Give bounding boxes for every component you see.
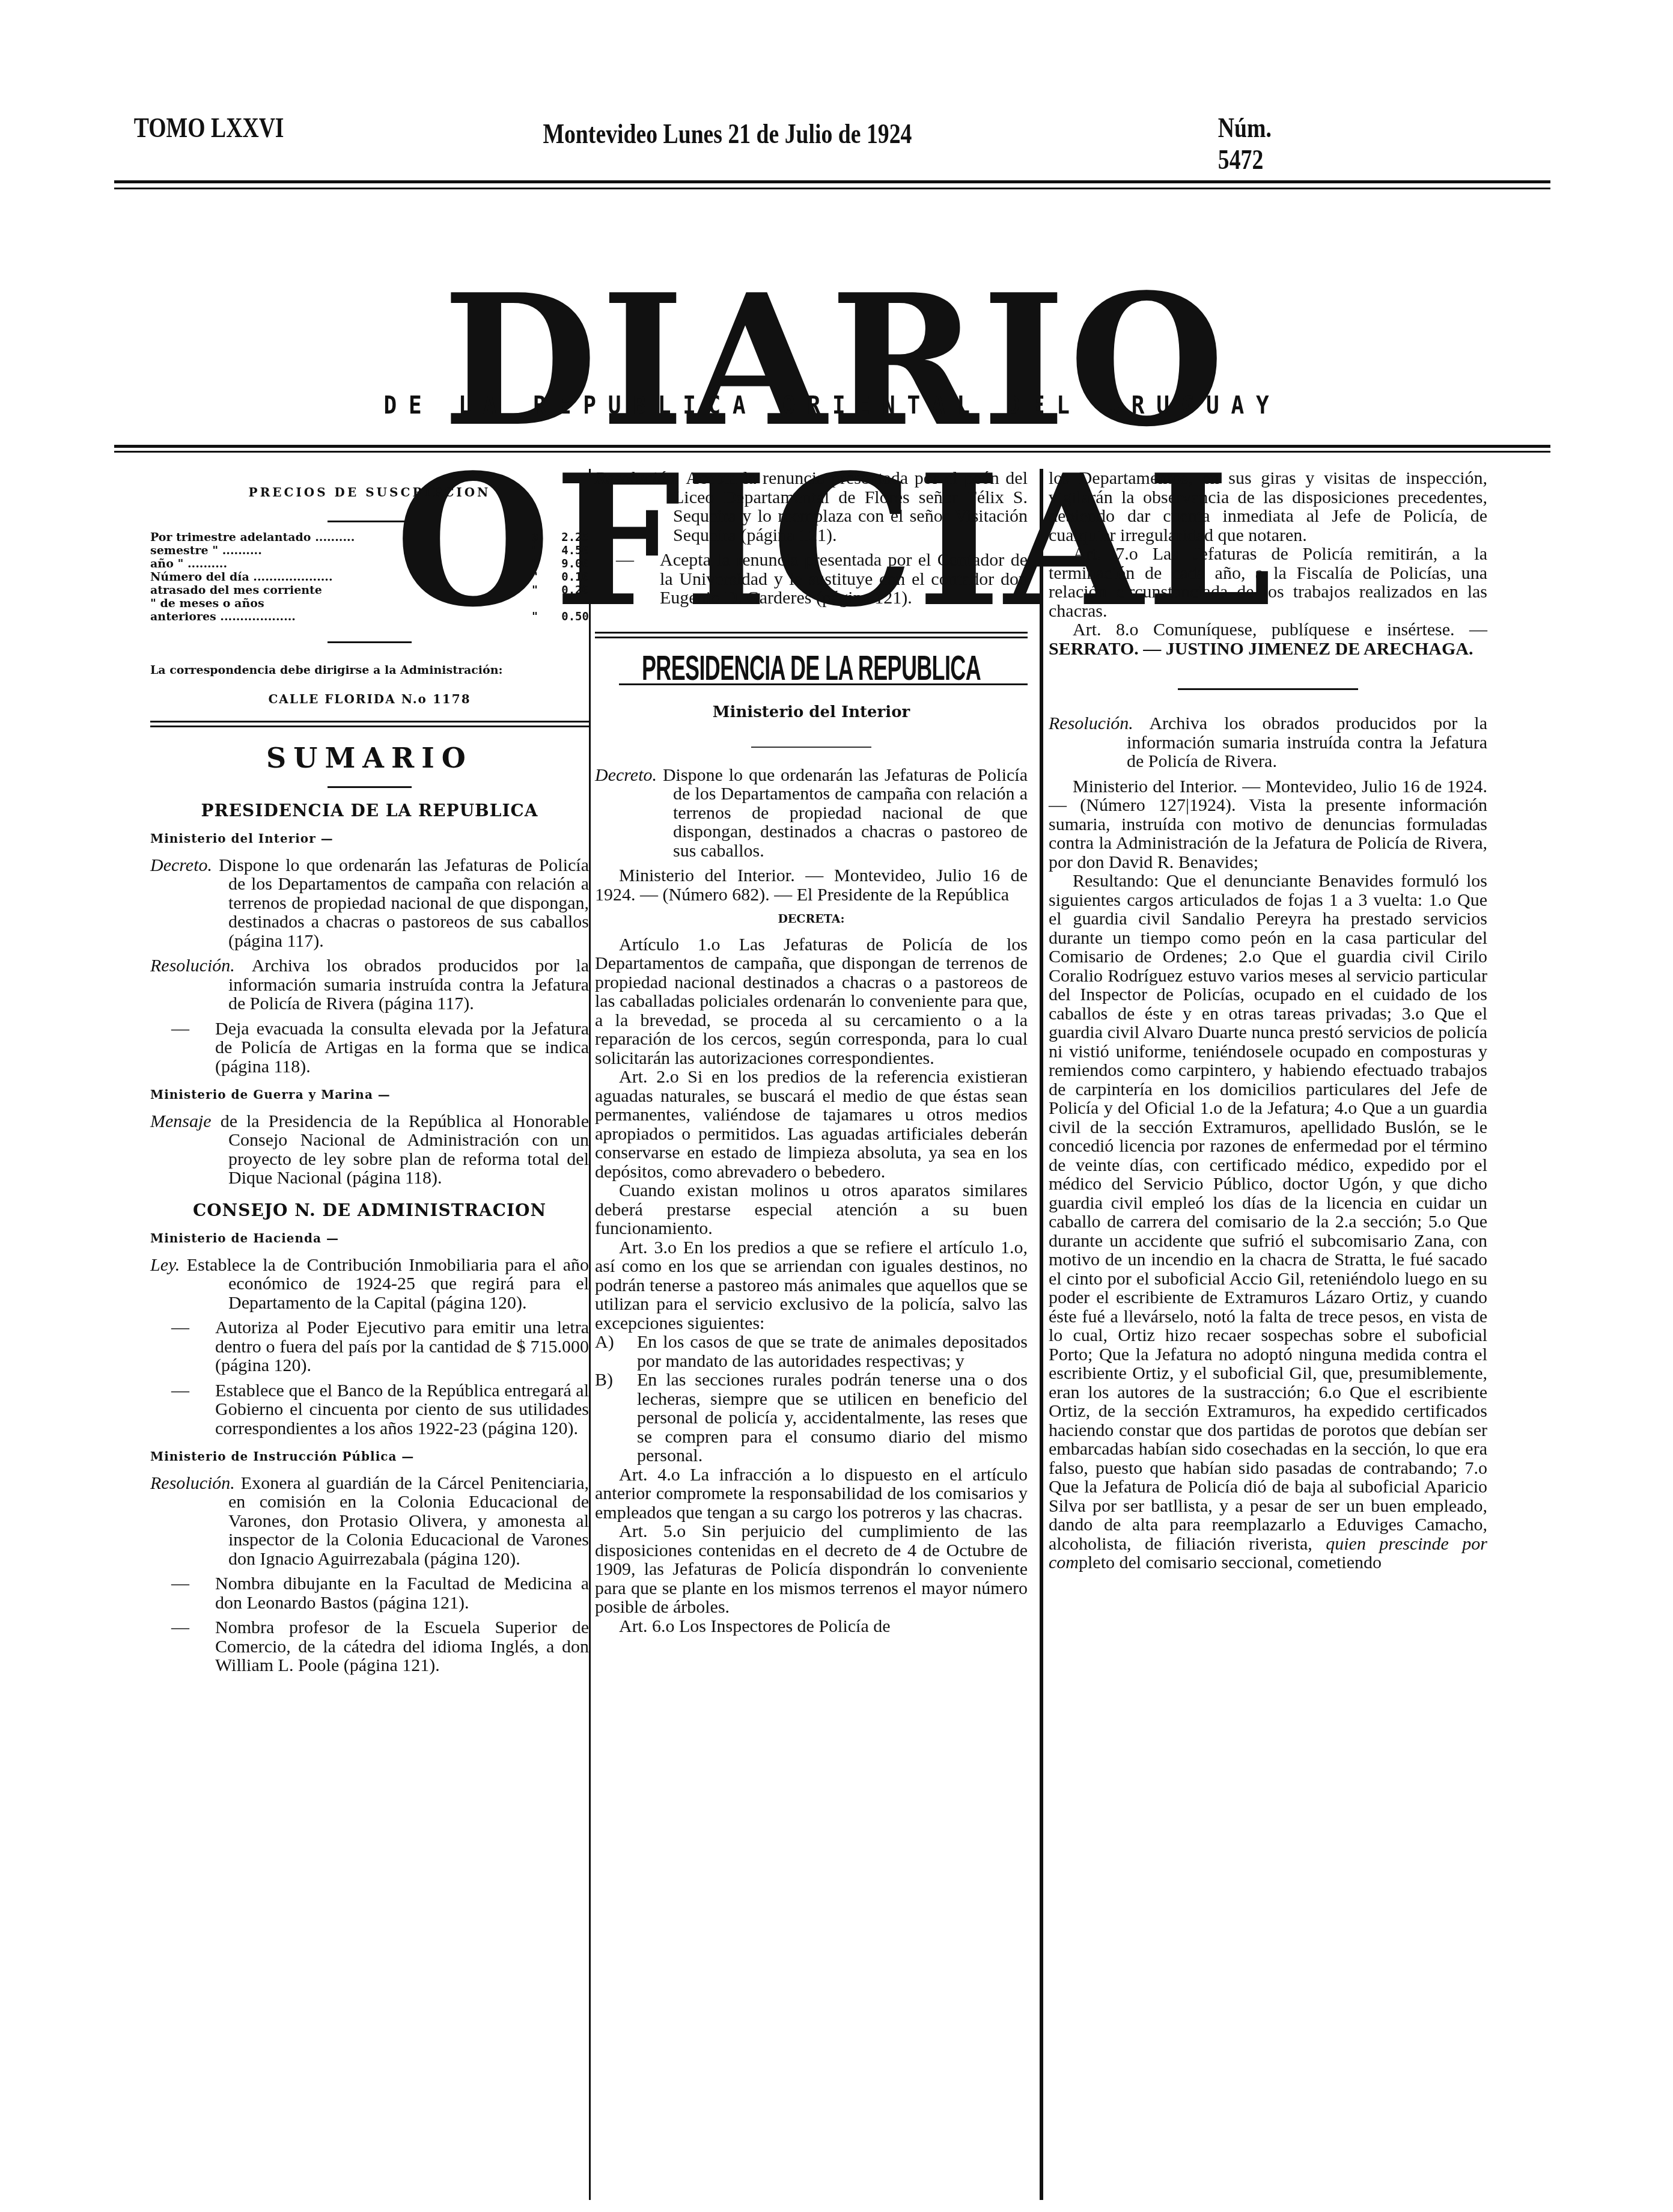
summary-section-title: CONSEJO N. DE ADMINISTRACION bbox=[150, 1201, 589, 1220]
decreta-heading: DECRETA: bbox=[595, 910, 1028, 929]
entry-type: Ley. bbox=[150, 1255, 187, 1275]
volume-label: TOMO LXXVI bbox=[134, 112, 284, 144]
price-label: Número del día .................... bbox=[150, 570, 523, 584]
exception-item: B)En las secciones rurales podrán teners… bbox=[595, 1370, 1028, 1465]
entry-text: Archiva los obrados producidos por la in… bbox=[228, 956, 589, 1013]
summary-entry: Resolución. Exonera al guardián de la Cá… bbox=[150, 1474, 589, 1569]
entry-text: Deja evacuada la consulta elevada por la… bbox=[215, 1019, 589, 1077]
right-column: los Departamentos, en sus giras y visita… bbox=[1049, 469, 1487, 1572]
resolution-dateline: Ministerio del Interior. — Montevideo, J… bbox=[1049, 777, 1487, 872]
entry-type: Decreto. bbox=[150, 855, 219, 875]
dash-marker: — bbox=[595, 551, 660, 608]
decree-article: Artículo 1.o Las Jefaturas de Policía de… bbox=[595, 935, 1028, 1068]
price-currency bbox=[523, 597, 547, 610]
decree-article: Cuando existan molinos u otros aparatos … bbox=[595, 1181, 1028, 1238]
decree-articles: Artículo 1.o Las Jefaturas de Policía de… bbox=[595, 935, 1028, 1636]
entry-text: Autoriza al Poder Ejecutivo para emitir … bbox=[215, 1318, 589, 1375]
subscription-price-table: Por trimestre adelantado ..........$2.25… bbox=[150, 531, 589, 623]
decree-article: Art. 6.o Los Inspectores de Policía de bbox=[595, 1617, 1028, 1636]
divider bbox=[328, 786, 412, 788]
resolution-summary: Resolución. Archiva los obrados producid… bbox=[1049, 714, 1487, 771]
entry-text: Establece la de Contribución Inmobiliari… bbox=[187, 1255, 589, 1313]
column-divider bbox=[589, 469, 591, 2200]
entry-text: Establece que el Banco de la República e… bbox=[215, 1381, 589, 1438]
price-value: 2.25 bbox=[547, 531, 589, 544]
divider bbox=[595, 637, 1028, 638]
price-row: " de meses o años bbox=[150, 597, 589, 610]
decree-summary-text: Dispone lo que ordenarán las Jefaturas d… bbox=[663, 765, 1028, 861]
price-currency: $ bbox=[523, 531, 547, 544]
decree-article: Art. 5.o Sin perjuicio del cumplimiento … bbox=[595, 1522, 1028, 1617]
price-currency: " bbox=[523, 557, 547, 570]
summary-entry: —Autoriza al Poder Ejecutivo para emitir… bbox=[150, 1318, 589, 1375]
price-value: 0.20 bbox=[547, 584, 589, 597]
summary-entry: —Acepta la renuncia presentada por el Co… bbox=[595, 551, 1028, 608]
divider bbox=[150, 726, 589, 727]
entry-type: Resolución. bbox=[595, 468, 686, 488]
divider bbox=[150, 721, 589, 723]
decree-article: Art. 3.o En los predios a que se refiere… bbox=[595, 1238, 1028, 1333]
correspondence-note: La correspondencia debe dirigirse a la A… bbox=[150, 664, 589, 677]
signatures: SERRATO. — JUSTINO JIMENEZ DE ARECHAGA. bbox=[1049, 639, 1473, 659]
section-title-presidencia: PRESIDENCIA DE LA REPUBLICA bbox=[603, 659, 1020, 678]
divider bbox=[595, 632, 1028, 634]
exception-key: B) bbox=[595, 1370, 637, 1465]
resultando-paragraph: Resultando: Que el denunciante Benavides… bbox=[1049, 872, 1487, 1572]
summary-entry: —Establece que el Banco de la República … bbox=[150, 1381, 589, 1438]
resultando-end: pleto del comisario seccional, cometiend… bbox=[1079, 1553, 1382, 1572]
summary-ministry: Ministerio de Hacienda — bbox=[150, 1229, 589, 1248]
masthead-bottom-rule bbox=[114, 445, 1550, 448]
summary-entry: Resolución. Acepta la renuncia presentad… bbox=[595, 469, 1028, 545]
masthead-rule bbox=[114, 180, 1550, 183]
issue-number: Núm. 5472 bbox=[1218, 112, 1272, 176]
decree-dateline: Ministerio del Interior. — Montevideo, J… bbox=[595, 866, 1028, 904]
price-row: anteriores ..................."0.50 bbox=[150, 610, 589, 623]
entry-type: Resolución. bbox=[150, 956, 252, 976]
article-7: Art. 7.o Las Jefaturas de Policía remiti… bbox=[1049, 545, 1487, 620]
price-value: 9.00 bbox=[547, 557, 589, 570]
entry-text: Nombra profesor de la Escuela Superior d… bbox=[215, 1618, 589, 1675]
price-label: año " .......... bbox=[150, 557, 523, 570]
summary-ministry: Ministerio del Interior — bbox=[150, 829, 589, 849]
price-row: semestre " .........."4.50 bbox=[150, 544, 589, 557]
newspaper-subtitle: DE LA REPUBLICA ORIENTAL DEL URUGUAY bbox=[186, 392, 1479, 420]
price-currency: " bbox=[523, 544, 547, 557]
ministry-heading: Ministerio del Interior bbox=[595, 703, 1028, 723]
dash-marker: — bbox=[150, 1381, 215, 1438]
summary-entry: Ley. Establece la de Contribución Inmobi… bbox=[150, 1256, 589, 1313]
decree-article: Art. 2.o Si en los predios de la referen… bbox=[595, 1068, 1028, 1181]
newspaper-page: TOMO LXXVI Montevideo Lunes 21 de Julio … bbox=[114, 90, 1550, 2182]
price-label: Por trimestre adelantado .......... bbox=[150, 531, 523, 544]
decree-type: Decreto. bbox=[595, 765, 657, 785]
entry-text: Dispone lo que ordenarán las Jefaturas d… bbox=[219, 855, 589, 951]
continued-summary-entries: Resolución. Acepta la renuncia presentad… bbox=[595, 469, 1028, 608]
price-label: " de meses o años bbox=[150, 597, 523, 610]
dash-marker: — bbox=[150, 1019, 215, 1077]
summary-entry: Mensaje de la Presidencia de la Repúblic… bbox=[150, 1112, 589, 1188]
price-row: año " .........."9.00 bbox=[150, 557, 589, 570]
decree-article: Art. 4.o La infracción a lo dispuesto en… bbox=[595, 1465, 1028, 1523]
price-value: 0.50 bbox=[547, 610, 589, 623]
dash-marker: — bbox=[150, 1618, 215, 1675]
divider bbox=[328, 521, 412, 522]
entry-type: Resolución. bbox=[150, 1473, 241, 1493]
masthead-top-line: TOMO LXXVI Montevideo Lunes 21 de Julio … bbox=[114, 112, 1218, 154]
summary-ministry: Ministerio de Instrucción Pública — bbox=[150, 1447, 589, 1467]
price-value bbox=[547, 597, 589, 610]
summary-section-title: PRESIDENCIA DE LA REPUBLICA bbox=[150, 801, 589, 820]
masthead-rule bbox=[114, 188, 1550, 189]
summary-contents: PRESIDENCIA DE LA REPUBLICAMinisterio de… bbox=[150, 801, 589, 1675]
column-divider bbox=[1040, 469, 1043, 2200]
exception-item: A)En los casos de que se trate de animal… bbox=[595, 1333, 1028, 1370]
price-label: anteriores ................... bbox=[150, 610, 523, 623]
left-column: PRECIOS DE SUSCRIPCION Por trimestre ade… bbox=[150, 469, 589, 1681]
entry-type: Mensaje bbox=[150, 1111, 221, 1131]
dash-marker: — bbox=[150, 1574, 215, 1612]
summary-heading: SUMARIO bbox=[150, 749, 589, 768]
summary-ministry: Ministerio de Guerra y Marina — bbox=[150, 1086, 589, 1105]
summary-entry: Resolución. Archiva los obrados producid… bbox=[150, 956, 589, 1013]
price-row: Número del día ...................."0.10 bbox=[150, 570, 589, 584]
article-8-text: Art. 8.o Comuníquese, publíquese e insér… bbox=[1073, 620, 1487, 640]
exception-text: En los casos de que se trate de animales… bbox=[637, 1333, 1028, 1370]
masthead-bottom-rule bbox=[114, 451, 1550, 453]
exception-text: En las secciones rurales podrán tenerse … bbox=[637, 1370, 1028, 1465]
entry-text: Acepta la renuncia presentada por el Con… bbox=[660, 551, 1028, 608]
resolution-summary-text: Archiva los obrados producidos por la in… bbox=[1127, 713, 1487, 771]
decree-summary: Decreto. Dispone lo que ordenarán las Je… bbox=[595, 766, 1028, 861]
resolution-type: Resolución. bbox=[1049, 713, 1133, 733]
article-continuation: los Departamentos, en sus giras y visita… bbox=[1049, 469, 1487, 545]
entry-text: Acepta la renuncia presentada por el peó… bbox=[673, 468, 1028, 545]
price-value: 4.50 bbox=[547, 544, 589, 557]
article-8: Art. 8.o Comuníquese, publíquese e insér… bbox=[1049, 620, 1487, 658]
entry-text: de la Presidencia de la República al Hon… bbox=[221, 1111, 589, 1188]
entry-text: Exonera al guardián de la Cárcel Peniten… bbox=[228, 1473, 589, 1569]
summary-entry: —Nombra profesor de la Escuela Superior … bbox=[150, 1618, 589, 1675]
dash-marker: — bbox=[150, 1318, 215, 1375]
price-row: atrasado del mes corriente"0.20 bbox=[150, 584, 589, 597]
issue-date: Montevideo Lunes 21 de Julio de 1924 bbox=[543, 118, 912, 150]
entry-text: Nombra dibujante en la Facultad de Medic… bbox=[215, 1574, 589, 1612]
summary-entry: Decreto. Dispone lo que ordenarán las Je… bbox=[150, 856, 589, 951]
middle-column: Resolución. Acepta la renuncia presentad… bbox=[595, 469, 1028, 1636]
administration-address: CALLE FLORIDA N.o 1178 bbox=[150, 690, 589, 709]
summary-entry: —Nombra dibujante en la Facultad de Medi… bbox=[150, 1574, 589, 1612]
exception-key: A) bbox=[595, 1333, 637, 1370]
price-value: 0.10 bbox=[547, 570, 589, 584]
price-label: atrasado del mes corriente bbox=[150, 584, 523, 597]
price-currency: " bbox=[523, 584, 547, 597]
price-currency: " bbox=[523, 570, 547, 584]
price-currency: " bbox=[523, 610, 547, 623]
divider bbox=[328, 641, 412, 643]
subscription-heading: PRECIOS DE SUSCRIPCION bbox=[150, 483, 589, 503]
price-row: Por trimestre adelantado ..........$2.25 bbox=[150, 531, 589, 544]
summary-entry: —Deja evacuada la consulta elevada por l… bbox=[150, 1019, 589, 1077]
divider bbox=[751, 747, 871, 748]
resultando-text: Resultando: Que el denunciante Benavides… bbox=[1049, 871, 1487, 1554]
divider bbox=[1178, 688, 1358, 690]
price-label: semestre " .......... bbox=[150, 544, 523, 557]
